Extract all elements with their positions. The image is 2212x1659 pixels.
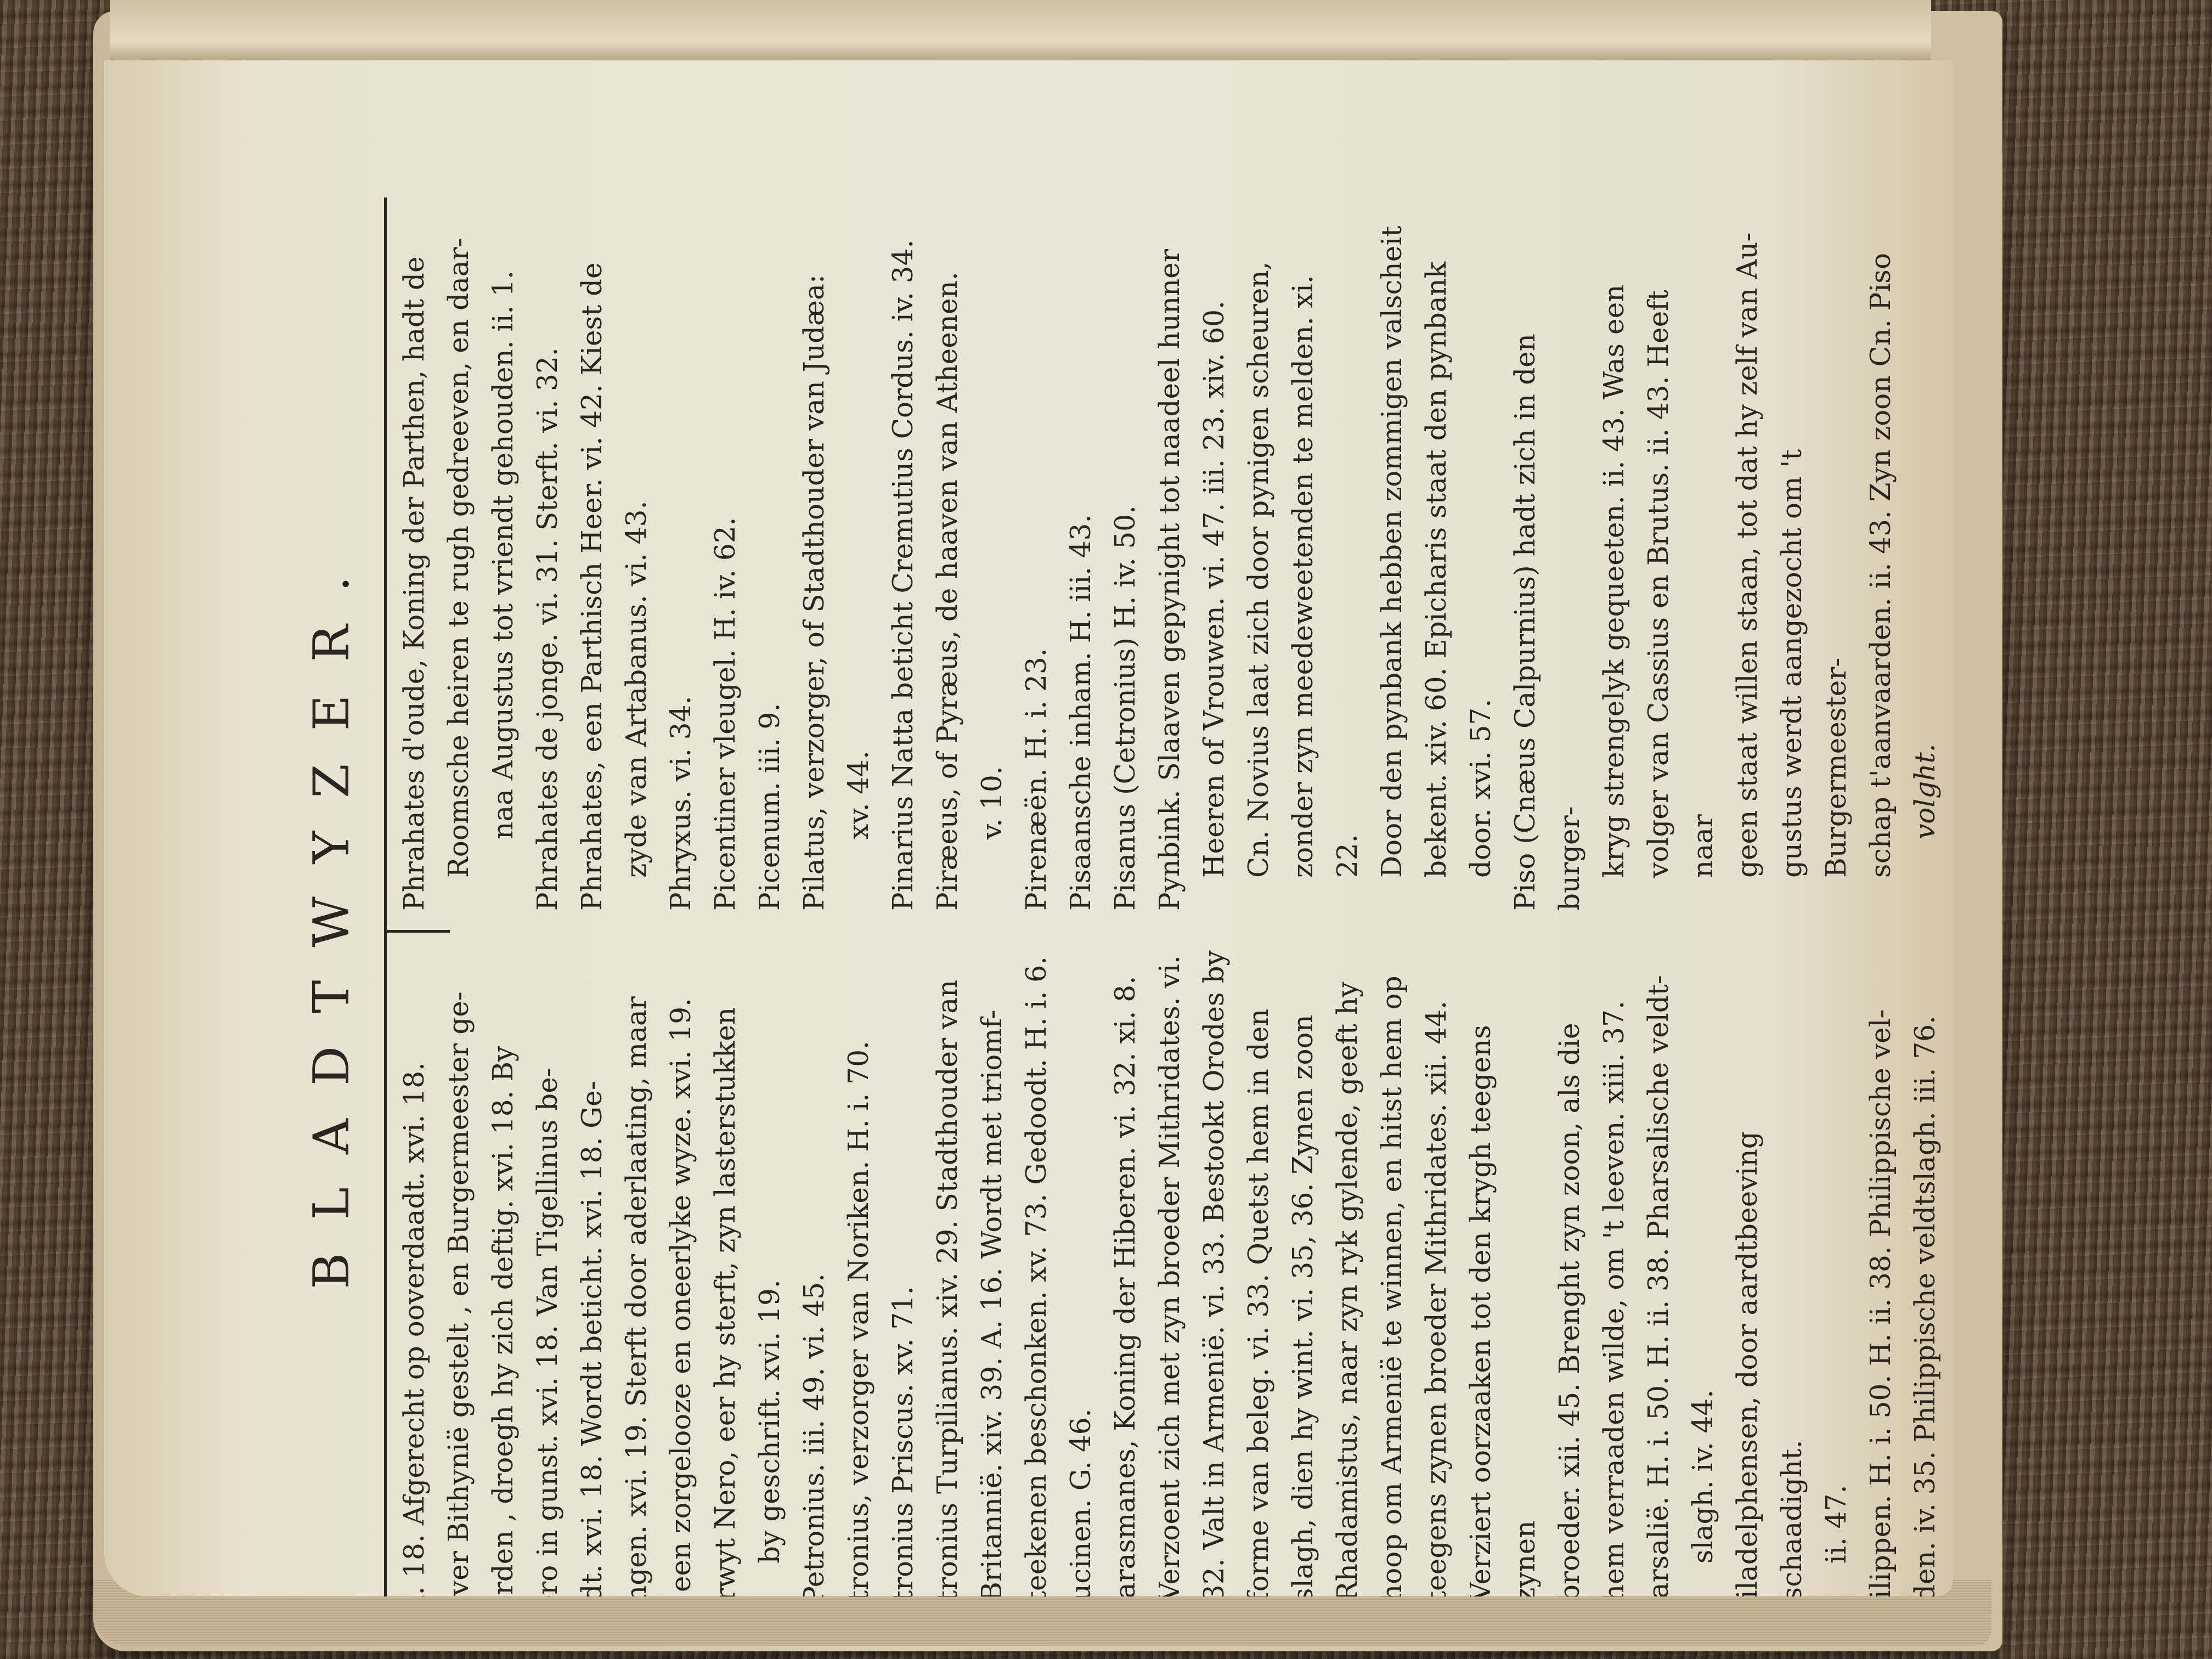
index-line: Phrahates, een Parthisch Heer. vi. 42. K… (570, 225, 614, 911)
index-line: door. xvi. 57. (1459, 225, 1503, 911)
index-line: Cn. Novius laat zich door pynigen scheur… (1237, 225, 1281, 911)
index-line: broeder. xii. 45. Brenght zyn zoon, als … (1548, 949, 1592, 1596)
column-divider (384, 930, 450, 933)
running-head: BLADTWYZER. (291, 198, 373, 1596)
index-line: ii. 47. (1814, 949, 1859, 1596)
index-line: Philippolis. iii. 38. (1948, 949, 1953, 1596)
index-line: kryg strengelyk gequeeten. ii. 43. Was e… (1592, 225, 1637, 911)
index-line: volger van Cassius en Brutus. ii. 43. He… (1637, 225, 1725, 911)
index-line: volght. (1903, 225, 1948, 911)
index-line: Cn. Piso Calpurnius. i. 13. Voert een vr… (1948, 225, 1953, 911)
index-line: hoop om Armenië te winnen, en hitst hem … (1370, 949, 1414, 1596)
index-line: Pirenæën. H. i. 23. (1014, 225, 1059, 911)
right-column: Phrahates d'oude, Koning der Parthen, ha… (392, 225, 1953, 911)
index-line: Nero in gunst. xvi. 18. Van Tigellinus b… (526, 949, 570, 1596)
index-line: Roomsche heiren te rugh gedreeven, en da… (437, 225, 481, 911)
index-line: Heeren of Vrouwen. vi. 47. iii. 23. xiv.… (1192, 225, 1237, 911)
index-line: Philippen. H. i. 50. H. ii. 38. Philippi… (1859, 949, 1903, 1596)
index-line: Pharasmanes, Koning der Hiberen. vi. 32.… (1103, 949, 1148, 1596)
index-line: Petronius, verzorger van Noriken. H. i. … (837, 949, 881, 1596)
index-line: Piso (Cnæus Calpurnius) hadt zich in den… (1503, 225, 1592, 911)
index-line: Phrahates d'oude, Koning der Parthen, ha… (392, 225, 437, 911)
index-line: P. Petronius. iii. 49. vi. 45. (792, 949, 837, 1596)
index-line: xv. 44. (837, 225, 881, 911)
index-line: forme van beleg. vi. 33. Quetst hem in d… (1237, 949, 1281, 1596)
index-line: Piræeus, of Pyræus, de haaven van Atheen… (926, 225, 970, 911)
index-line: schap t'aanvaarden. ii. 43. Zyn zoon Cn.… (1859, 225, 1903, 911)
index-line: Petronius Priscus. xv. 71. (881, 949, 926, 1596)
index-line: Pharsalië. H. i. 50. H. ii. 38. Pharsali… (1637, 949, 1681, 1596)
index-line: Pynbink. Slaaven gepynight tot naadeel h… (1148, 225, 1192, 911)
index-line: geen staat willen staan, tot dat hy zelf… (1725, 225, 1770, 911)
index-line: Verwyt Nero, eer hy sterft, zyn lasterst… (703, 949, 748, 1596)
index-line: Petronius Turpilianus. xiv. 29. Stadthou… (926, 949, 970, 1596)
index-line: vangen. xvi. 19. Sterft door aderlaating… (614, 949, 659, 1596)
index-line: Verzoent zich met zyn broeder Mithridate… (1148, 949, 1192, 1596)
index-line: Peucinen. G. 46. (1059, 949, 1103, 1596)
index-line: zonder zyn meedeweetenden te melden. xi.… (1281, 225, 1370, 911)
index-line: xvi. 18. Afgerecht op ooverdaadt. xvi. 1… (392, 949, 437, 1596)
index-line: teekenen beschonken. xv. 73. Gedoodt. H.… (1014, 949, 1059, 1596)
index-line: Philadelphensen, door aardtbeeving besch… (1725, 949, 1814, 1596)
index-line: hem verraaden wilde, om 't leeven. xiii.… (1592, 949, 1637, 1596)
index-line: Verziert oorzaaken tot den krygh teegens… (1459, 949, 1548, 1596)
index-line: naa Augustus tot vriendt gehouden. ii. 1… (481, 225, 526, 911)
index-page: BLADTWYZER. xvi. 18. Afgerecht op ooverd… (104, 60, 1953, 1596)
index-line: Pilatus, verzorger, of Stadthouder van J… (792, 225, 837, 911)
index-line: worden , droegh hy zich deftig. xvi. 18.… (481, 949, 526, 1596)
left-column: xvi. 18. Afgerecht op ooverdaadt. xvi. 1… (392, 949, 1953, 1596)
index-line: 32. Valt in Armenië. vi. 33. Bestookt Or… (1192, 949, 1237, 1596)
index-line: Oover Bithynië gestelt , en Burgermeeste… (437, 949, 481, 1596)
index-line: Door den pynbank hebben zommigen valsche… (1370, 225, 1414, 911)
index-line: gustus werdt aangezocht om 't Burgermees… (1770, 225, 1859, 911)
facing-page-fold (110, 0, 1931, 63)
index-line: nydt. xvi. 18. Wordt beticht. xvi. 18. G… (570, 949, 614, 1596)
header-rule (384, 198, 387, 1596)
index-line: Pisanus (Cetronius) H. iv. 50. (1103, 225, 1148, 911)
index-line: v. 10. (970, 225, 1014, 911)
index-line: Picentiner vleugel. H. iv. 62. (703, 225, 748, 911)
index-line: Phryxus. vi. 34. (659, 225, 703, 911)
index-line: Phrahates de jonge. vi. 31. Sterft. vi. … (526, 225, 570, 911)
index-line: Picenum. iii. 9. (748, 225, 792, 911)
index-line: zyde van Artabanus. vi. 43. (614, 225, 659, 911)
index-line: bekent. xiv. 60. Epicharis staat den pyn… (1414, 225, 1459, 911)
index-line: slagh. iv. 44. (1681, 949, 1725, 1596)
rotated-text-block: BLADTWYZER. xvi. 18. Afgerecht op ooverd… (291, 198, 1882, 1596)
index-line: slagh, dien hy wint. vi. 35, 36. Zynen z… (1281, 949, 1325, 1596)
index-line: Rhadamistus, naar zyn ryk gylende, geeft… (1325, 949, 1370, 1596)
index-line: teegens zynen broeder Mithridates. xii. … (1414, 949, 1459, 1596)
index-line: Pisaansche inham. H. iii. 43. (1059, 225, 1103, 911)
index-line: den. iv. 35. Philippische veldtslagh. ii… (1903, 949, 1948, 1596)
index-line: Pinarius Natta beticht Cremutius Cordus.… (881, 225, 926, 911)
index-line: op een zorgelooze en oneerlyke wyze. xvi… (659, 949, 703, 1596)
index-line: Britannië. xiv. 39. A. 16. Wordt met tri… (970, 949, 1014, 1596)
index-line: by geschrift. xvi. 19. (748, 949, 792, 1596)
